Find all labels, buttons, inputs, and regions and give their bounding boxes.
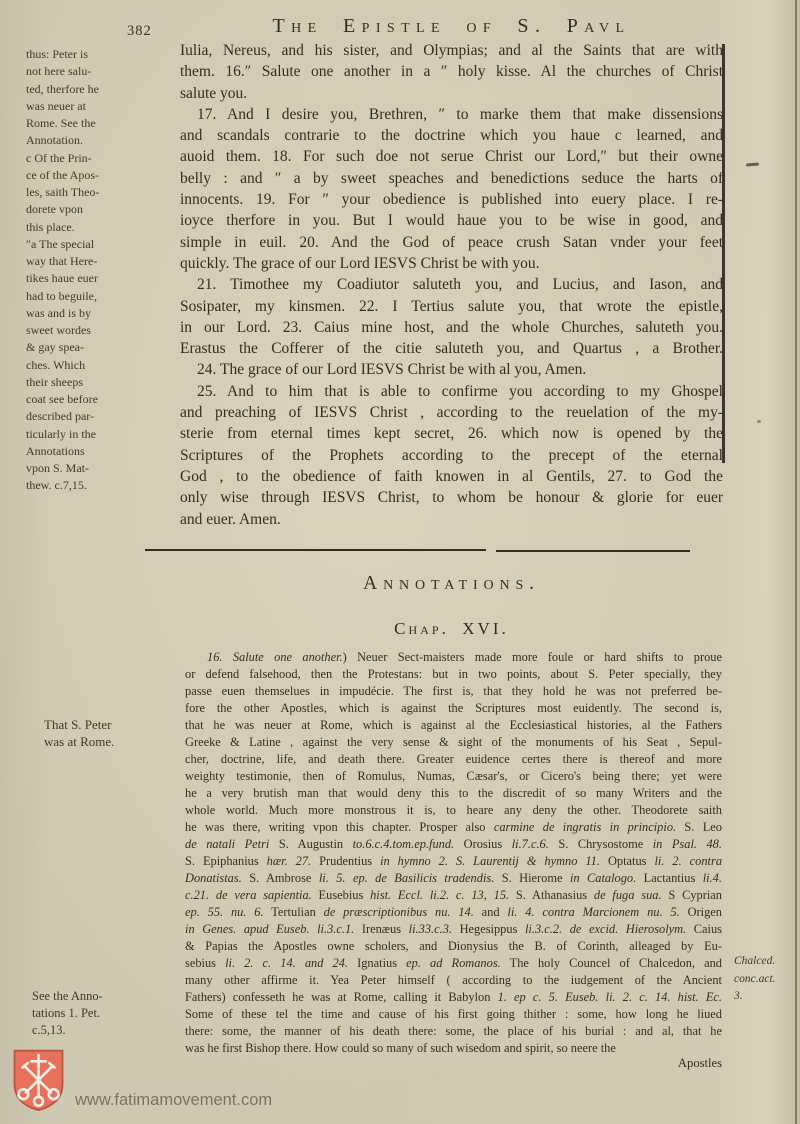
text-line: Rome. See the <box>26 115 178 132</box>
text-line: their sheeps <box>26 374 178 391</box>
text-line: tations 1. Pet. <box>32 1005 172 1022</box>
text-line: ep. 55. nu. 6. Tertulian de præscription… <box>185 904 722 921</box>
text-line: That S. Peter <box>44 716 179 733</box>
text-line: Sosipater, my kinsmen. 22. I Tertius sal… <box>180 296 723 317</box>
text-line: there: some, the manner of his death the… <box>185 1023 722 1040</box>
text-line: les, saith Theo- <box>26 184 178 201</box>
text-line: dorete vpon <box>26 201 178 218</box>
watermark-url: www.fatimamovement.com <box>75 1091 272 1110</box>
quotation-rule <box>722 44 725 463</box>
text-line: thew. c.7,15. <box>26 477 178 494</box>
text-line: Annotations <box>26 443 178 460</box>
text-line: way that Here- <box>26 253 178 270</box>
text-line: auoid them. 18. For such doe not serue C… <box>180 146 723 167</box>
text-line: Donatistas. S. Ambrose li. 5. ep. de Bas… <box>185 870 722 887</box>
text-line: Chalced. <box>734 953 796 971</box>
text-line: vpon S. Mat- <box>26 460 178 477</box>
text-line: passe euen themselues in impudécie. The … <box>185 683 722 700</box>
text-line: cher, doctrine, life, and death there. G… <box>185 751 722 768</box>
text-line: he a very brutish man that would deny th… <box>185 785 722 802</box>
text-line: 25. And to him that is able to confirme … <box>180 381 723 402</box>
text-line: innocents. 19. For ″ your obedience is p… <box>180 189 723 210</box>
text-line: & Papias the Apostles owne scholers, and… <box>185 938 722 955</box>
text-line: & gay spea- <box>26 339 178 356</box>
text-line: fore the other Apostles, which is agains… <box>185 700 722 717</box>
text-line: only wise through IESVS Christ, to whom … <box>180 487 723 508</box>
text-line: belly : and ″ a by sweet speaches and be… <box>180 168 723 189</box>
text-line: Some of these tel the time and cause of … <box>185 1006 722 1023</box>
text-line: in our Lord. 23. Caius mine host, and th… <box>180 317 723 338</box>
text-line: was neuer at <box>26 98 178 115</box>
text-line: this place. <box>26 219 178 236</box>
text-line: had to beguile, <box>26 288 178 305</box>
text-line: was at Rome. <box>44 733 179 750</box>
text-line: 3. <box>734 988 796 1006</box>
text-line: de natali Petri S. Augustin to.6.c.4.tom… <box>185 836 722 853</box>
text-line: See the Anno- <box>32 988 172 1005</box>
text-line: quickly. The grace of our Lord IESVS Chr… <box>180 253 723 274</box>
text-line: simple in euil. 20. And the God of peace… <box>180 232 723 253</box>
text-line: in Genes. apud Euseb. li.3.c.1. Irenæus … <box>185 921 722 938</box>
text-line: weighty testimonie, then of Romulus, Num… <box>185 768 722 785</box>
annotations-heading: Annotations. <box>180 573 723 595</box>
text-line: whole world. Much more monstrous it is, … <box>185 802 722 819</box>
chapter-heading: Chap. XVI. <box>180 619 723 639</box>
ink-dot-mark <box>757 420 761 423</box>
margin-note-peter-at-rome: That S. Peterwas at Rome. <box>44 716 179 750</box>
text-line: them. 16.″ Salute one another in a ″ hol… <box>180 61 723 82</box>
page-number: 382 <box>127 23 152 40</box>
text-line: ches. Which <box>26 357 178 374</box>
text-line: thus: Peter is <box>26 46 178 63</box>
text-line: he was there, writing vpon this chapter.… <box>185 819 722 836</box>
text-line: tikes haue euer <box>26 270 178 287</box>
text-line: and preaching of IESVS Christ , accordin… <box>180 402 723 423</box>
text-line: Iulia, Nereus, and his sister, and Olymp… <box>180 40 723 61</box>
margin-note-see-annotations: See the Anno-tations 1. Pet.c.5,13. <box>32 988 172 1039</box>
text-line: Greeke & Latine , against the very sense… <box>185 734 722 751</box>
text-line: ce of the Apos- <box>26 167 178 184</box>
text-line: c.21. de vera sapientia. Eusebius hist. … <box>185 887 722 904</box>
text-line: c.5,13. <box>32 1022 172 1039</box>
text-line: Scriptures of the Prophets according to … <box>180 445 723 466</box>
text-line: or defend falsehood, then the Protestans… <box>185 666 722 683</box>
text-line: salute you. <box>180 83 723 104</box>
text-line: ″a The special <box>26 236 178 253</box>
text-line: S. Epiphanius hær. 27. Prudentius in hym… <box>185 853 722 870</box>
running-title: The Epistle of S. Pavl <box>180 15 723 38</box>
left-margin-notes: thus: Peter isnot here salu-ted, therfor… <box>26 46 178 495</box>
text-line: coat see before <box>26 391 178 408</box>
text-line: conc.act. <box>734 971 796 989</box>
annotations-text-block: 16. Salute one another.) Neuer Sect-mais… <box>185 649 722 1057</box>
text-line: Fathers) confesseth he was at Rome, call… <box>185 989 722 1006</box>
text-line: described par- <box>26 408 178 425</box>
verse-text-block: Iulia, Nereus, and his sister, and Olymp… <box>180 40 723 530</box>
margin-note-chalcedon: Chalced.conc.act.3. <box>734 953 796 1006</box>
text-line: not here salu- <box>26 63 178 80</box>
ink-dash-mark <box>746 163 759 167</box>
scanned-page: 382 The Epistle of S. Pavl thus: Peter i… <box>0 0 800 1124</box>
text-line: and euer. Amen. <box>180 509 723 530</box>
text-line: 16. Salute one another.) Neuer Sect-mais… <box>185 649 722 666</box>
text-line: ticularly in the <box>26 426 178 443</box>
watermark: www.fatimamovement.com <box>10 1048 272 1112</box>
text-line: and scandals contrarie to the doctrine w… <box>180 125 723 146</box>
text-line: 17. And I desire you, Brethren, ″ to mar… <box>180 104 723 125</box>
text-line: sebius li. 2. c. 14. and 24. Ignatius ep… <box>185 955 722 972</box>
text-line: ioyce therfore in you. But I would haue … <box>180 210 723 231</box>
section-divider-rule <box>145 549 690 552</box>
text-line: God , to the obedience of faith knowen i… <box>180 466 723 487</box>
text-line: ted, therfore he <box>26 81 178 98</box>
text-line: c Of the Prin- <box>26 150 178 167</box>
text-line: 24. The grace of our Lord IESVS Christ b… <box>180 359 723 380</box>
text-line: Erastus the Cofferer of the citie salute… <box>180 338 723 359</box>
text-line: that he was neuer at Rome, which is agai… <box>185 717 722 734</box>
fatima-shield-icon <box>10 1048 67 1112</box>
text-line: sterie from eternal times kept secret, 2… <box>180 423 723 444</box>
text-line: was and is by <box>26 305 178 322</box>
text-line: sweet wordes <box>26 322 178 339</box>
text-line: Annotation. <box>26 132 178 149</box>
text-line: 21. Timothee my Coadiutor saluteth you, … <box>180 274 723 295</box>
text-line: many other affirme it. Yea Peter himself… <box>185 972 722 989</box>
